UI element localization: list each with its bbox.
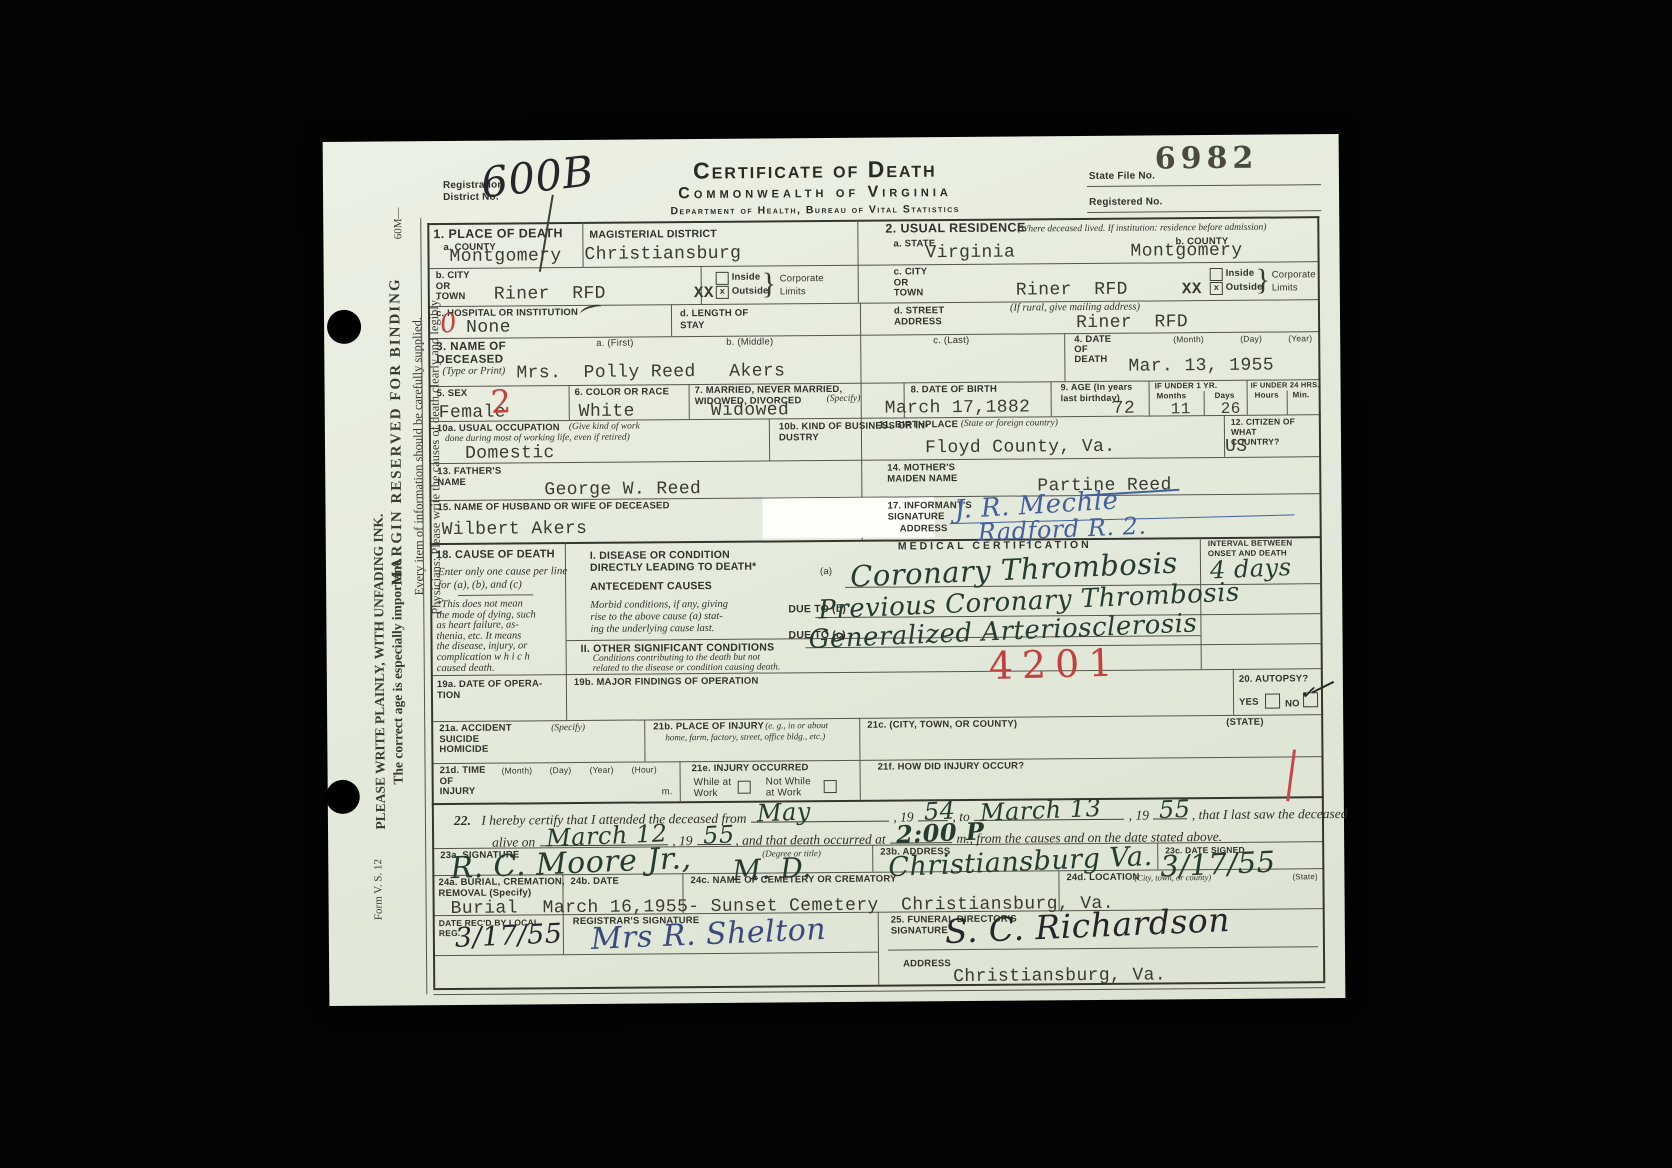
cert-number: 22. [454, 813, 471, 828]
other-conditions-note: Conditions contributing to the death but… [593, 653, 781, 673]
day-label: (Day) [1240, 334, 1262, 345]
min-label: Min. [1293, 390, 1310, 399]
date-of-death-value: Mar. 13, 1955 [1128, 356, 1274, 377]
place-of-injury-note-2: home, farm, factory, street, office bldg… [665, 731, 825, 744]
injury-month-label: (Month) [502, 765, 533, 776]
cert-yr3-handwritten: 55 [702, 820, 735, 849]
location-state-label: (State) [1292, 872, 1318, 883]
date-of-birth-value: March 17,1882 [885, 397, 1031, 418]
informant-address-label: ADDRESS [900, 524, 948, 535]
cause-of-death-label: 18. CAUSE OF DEATH [436, 549, 555, 560]
cert-blank-time: 2:00 P [890, 827, 952, 843]
usual-residence-label: 2. USUAL RESIDENCE [885, 222, 1025, 234]
hospital-value: None [466, 318, 511, 338]
divider [1247, 380, 1248, 415]
state-file-line [1087, 184, 1321, 187]
occupation-value: Domestic [465, 443, 555, 464]
color-or-race-label: 6. COLOR OR RACE [575, 387, 670, 398]
divider [859, 718, 861, 760]
divider [1233, 669, 1235, 715]
divider [431, 668, 1323, 676]
red-two-mark: 2 [490, 382, 512, 421]
year-label: (Year) [1288, 333, 1312, 344]
usual-residence-note: (Where deceased lived. If institution: r… [1017, 223, 1266, 236]
while-at-work-label: While at Work [694, 777, 732, 799]
margin-print-60m: 60M— [392, 207, 404, 239]
state-file-no-label: State File No. [1089, 171, 1155, 182]
location-note: (City, town, or county) [1134, 872, 1211, 884]
days-value: 26 [1221, 400, 1241, 418]
autopsy-label: 20. AUTOPSY? [1239, 674, 1309, 685]
while-at-work-checkbox [738, 781, 751, 794]
injury-hour-label: (Hour) [632, 764, 657, 775]
city-or-town-label: b. CITY OR TOWN [436, 271, 470, 303]
divider [1287, 390, 1288, 414]
divider [429, 456, 1321, 464]
disease-condition-label: I. DISEASE OR CONDITION DIRECTLY LEADING… [590, 549, 757, 574]
cert-time-handwritten: 2:00 P [895, 816, 985, 849]
months-value: 11 [1171, 400, 1191, 418]
divider [1204, 391, 1205, 415]
certificate-form: 1. PLACE OF DEATH a. COUNTY Montgomery M… [427, 216, 1325, 988]
injury-year-label: (Year) [590, 765, 614, 776]
morbid-conditions-note: Morbid conditions, if any, giving rise t… [590, 599, 728, 636]
divider [1149, 381, 1150, 416]
fathers-name-value: George W. Reed [544, 479, 701, 500]
cert-blank-yr3: 55 [697, 829, 731, 845]
name-of-deceased-label: 3. NAME OF DECEASED [436, 341, 506, 368]
residence-inside-label: Inside [1226, 269, 1255, 280]
if-under-24hrs-label: IF UNDER 24 HRS. [1251, 380, 1320, 390]
cert-text-4: , 19 [1129, 808, 1149, 823]
divider [689, 384, 690, 419]
antecedent-causes-label: ANTECEDENT CAUSES [590, 581, 712, 592]
margin-plainly-block: PLEASE WRITE PLAINLY, WITH UNFADING INK.… [370, 513, 408, 829]
autopsy-yes-label: YES [1239, 698, 1259, 709]
specify-note: (Specify) [827, 394, 861, 406]
deceased-name-value: Mrs. Polly Reed Akers [516, 361, 785, 383]
burial-date-label: 24b. DATE [570, 877, 619, 888]
divider [1157, 842, 1158, 869]
divider [671, 304, 672, 336]
residence-corporate-limits-label: Corporate Limits [1272, 268, 1316, 294]
cemetery-label: 24c. NAME OF CEMETERY OR CREMATORY [690, 875, 896, 887]
middle-name-label: b. (Middle) [726, 337, 773, 348]
state-value: Virginia [925, 243, 1015, 264]
color-or-race-value: White [579, 402, 635, 422]
injury-city-label: 21c. (CITY, TOWN, OR COUNTY) [867, 720, 1017, 732]
length-of-stay-label: d. LENGTH OF STAY [680, 308, 749, 333]
accident-suicide-label: 21a. ACCIDENT SUICIDE HOMICIDE [439, 724, 512, 756]
funeral-address-label: ADDRESS [903, 959, 951, 970]
mothers-name-label: 14. MOTHER'S MAIDEN NAME [887, 462, 957, 485]
state-file-number-stamp: 6982 [1155, 141, 1259, 177]
punch-hole-top [327, 310, 361, 344]
fathers-name-label: 13. FATHER'S NAME [437, 466, 501, 489]
red-code-4201: 4201 [988, 641, 1122, 688]
months-label: Months [1157, 391, 1187, 400]
residence-inside-checkbox [1210, 268, 1223, 281]
margin-form-number: Form V. S. 12 [372, 859, 384, 920]
marital-status-value: Widowed [711, 400, 790, 421]
corporate-brace: } [1256, 264, 1271, 298]
cert-yr2-handwritten: 55 [1159, 795, 1192, 824]
autopsy-no-label: NO [1285, 699, 1300, 710]
birthplace-value: Floyd County, Va. [925, 437, 1116, 458]
street-address-value: Riner RFD [1076, 312, 1188, 333]
citizen-value: US [1225, 437, 1248, 457]
residence-outside-checkbox-checked: x [1210, 282, 1223, 295]
husband-wife-value: Wilbert Akers [442, 519, 588, 540]
cert-blank-yr2: 55 [1153, 803, 1187, 819]
major-findings-label: 19b. MAJOR FINDINGS OF OPERATION [574, 677, 759, 689]
husband-wife-label: 15. NAME OF HUSBAND OR WIFE OF DECEASED [437, 501, 669, 513]
date-received-handwritten: 3/17/55 [454, 918, 563, 954]
time-of-injury-label: 21d. TIME OF INJURY [440, 766, 486, 798]
cause-instruction-2: *This does not mean the mode of dying, s… [436, 599, 536, 674]
death-certificate-page: 60M— Every item of information should be… [323, 134, 1346, 1006]
not-while-at-work-label: Not While at Work [766, 776, 811, 798]
burial-value: Burial [451, 898, 518, 919]
cause-a-tag: (a) [820, 567, 832, 578]
commonwealth-subtitle: Commonwealth of Virginia [678, 183, 952, 203]
injury-occurred-label: 21e. INJURY OCCURRED [692, 763, 809, 774]
street-address-label: d. STREET ADDRESS [894, 305, 945, 327]
magisterial-district-value: Christiansburg [584, 244, 741, 265]
accident-specify-note: (Specify) [551, 723, 585, 735]
magisterial-district-label: MAGISTERIAL DISTRICT [589, 229, 717, 241]
divider [569, 385, 570, 420]
divider [644, 719, 646, 761]
certificate-title: Certificate of Death [693, 156, 937, 185]
last-name-label: c. (Last) [933, 336, 969, 347]
punch-hole-bottom [326, 780, 360, 814]
registered-no-line [1087, 210, 1321, 213]
cert-to-handwritten: March 13 [980, 794, 1103, 827]
scan-background: 60M— Every item of information should be… [0, 0, 1672, 1168]
divider [679, 761, 681, 801]
divider [1317, 216, 1325, 981]
margin-correct-age: The correct age is especially important. [388, 513, 408, 829]
district-no-handwritten: 600B [479, 146, 597, 207]
divider [878, 912, 880, 985]
residence-county-value: Montgomery [1130, 241, 1242, 262]
instruction-rule [458, 594, 533, 596]
outside-xx-mark: XX [694, 284, 714, 302]
inside-label: Inside [732, 273, 761, 284]
cause-instruction-1: Enter only one cause per line for (a), (… [438, 565, 567, 592]
birthplace-note: (State or foreign country) [961, 418, 1058, 430]
divider [857, 220, 859, 303]
cert-from-handwritten: May [756, 797, 811, 827]
age-value: 72 [1113, 399, 1136, 419]
autopsy-no-checkmark: ✓ [1299, 679, 1319, 705]
birthplace-label: 11. BIRTHPLACE [879, 420, 958, 431]
type-or-print-note: (Type or Print) [442, 366, 505, 378]
date-of-operation-label: 19a. DATE OF OPERA- TION [437, 678, 543, 701]
days-label: Days [1215, 391, 1235, 400]
divider [1051, 381, 1052, 416]
registered-no-label: Registered No. [1089, 197, 1162, 208]
divider [1064, 333, 1066, 381]
corporate-limits-label: Corporate Limits [780, 272, 824, 298]
burial-label: 24a. BURIAL, CREMATION, REMOVAL (Specify… [438, 877, 565, 899]
if-under-1yr-label: IF UNDER 1 YR. [1155, 381, 1218, 390]
outside-checkbox-checked: x [716, 286, 729, 299]
injury-day-label: (Day) [550, 765, 572, 776]
hours-label: Hours [1255, 391, 1279, 400]
residence-city-label: c. CITY OR TOWN [894, 267, 928, 299]
inside-checkbox [716, 272, 729, 285]
cert-text-5: , that I last saw the deceased [1192, 806, 1348, 822]
city-or-town-value: Riner RFD [494, 284, 606, 305]
injury-m-label: m. [662, 787, 673, 798]
location-label: 24d. LOCATION [1066, 873, 1139, 884]
department-line: Department of Health, Bureau of Vital St… [670, 203, 960, 217]
sex-label: 5. SEX [437, 389, 468, 400]
divider [859, 760, 861, 800]
residence-city-value: Riner RFD [1016, 280, 1128, 301]
divider [872, 845, 873, 872]
date-of-death-label: 4. DATE OF DEATH [1074, 335, 1111, 365]
how-injury-occurred-label: 21f. HOW DID INJURY OCCUR? [878, 762, 1025, 774]
autopsy-yes-checkbox [1265, 694, 1280, 709]
cert-text-8: , and that death occurred at [735, 832, 885, 848]
residence-outside-xx-mark: XX [1182, 280, 1202, 298]
first-name-label: a. (First) [596, 339, 633, 350]
month-label: (Month) [1173, 334, 1204, 345]
injury-state-label: (STATE) [1226, 718, 1264, 729]
corporate-brace: } [762, 267, 777, 301]
cert-blank-to: March 13 [974, 804, 1124, 821]
not-while-at-work-checkbox [824, 780, 837, 793]
divider [769, 418, 771, 460]
funeral-address-value: Christiansburg, Va. [953, 965, 1166, 987]
county-value: Montgomery [449, 246, 561, 267]
cert-blank-from: May [751, 806, 889, 823]
date-of-birth-label: 8. DATE OF BIRTH [911, 385, 998, 396]
